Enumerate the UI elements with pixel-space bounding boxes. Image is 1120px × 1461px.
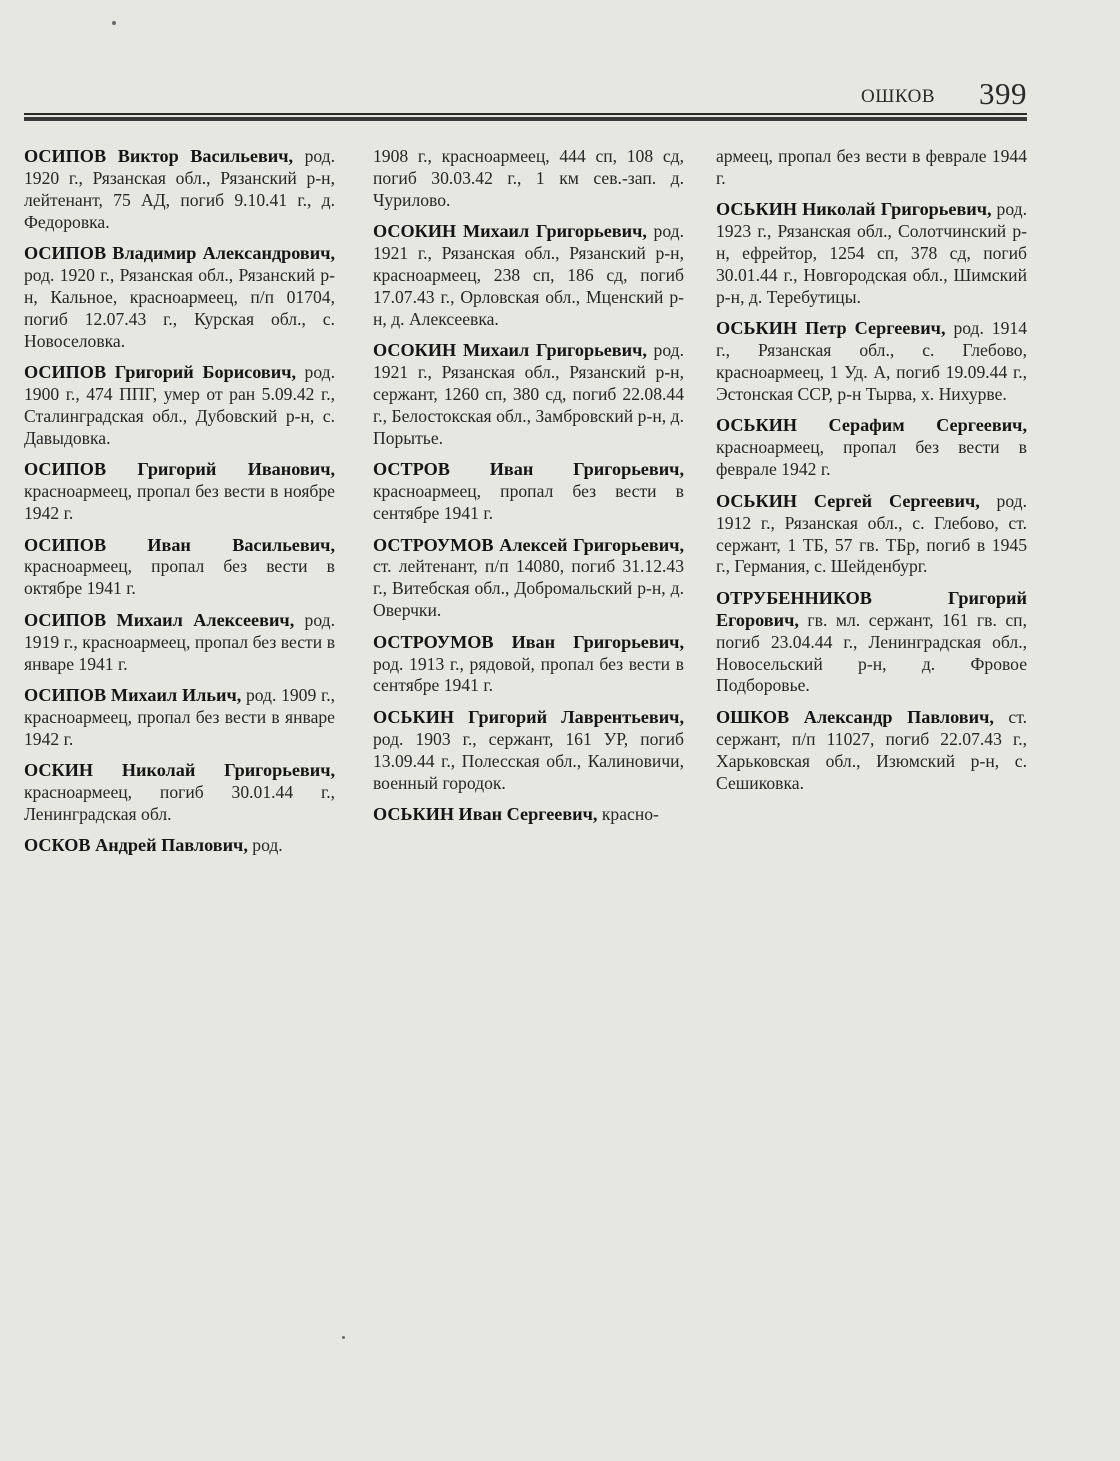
entry-name: ОСИПОВ Григорий Иванович, xyxy=(24,459,335,479)
running-head: ОШКОВ 399 xyxy=(24,78,1027,112)
column-2: 1908 г., красноармеец, 444 сп, 108 сд, п… xyxy=(373,146,684,835)
entry-continued: 1908 г., красноармеец, 444 сп, 108 сд, п… xyxy=(373,146,684,212)
column-1: ОСИПОВ Виктор Васильевич, род. 1920 г., … xyxy=(24,146,335,867)
entry-text: ст. лейтенант, п/п 14080, погиб 31.12.43… xyxy=(373,556,684,620)
entry-name: ОСИПОВ Григорий Борисович, xyxy=(24,362,296,382)
entry: ОСКОВ Андрей Павлович, род. xyxy=(24,835,335,857)
entry: ОСИПОВ Михаил Ильич, род. 1909 г., красн… xyxy=(24,685,335,751)
entry-name: ОСИПОВ Михаил Алексеевич, xyxy=(24,610,294,630)
entry: ОСЬКИН Иван Сергеевич, красно- xyxy=(373,804,684,826)
entry-name: ОСЬКИН Петр Сергеевич, xyxy=(716,318,946,338)
entry-text: красноармеец, пропал без вести в ноябре … xyxy=(24,481,335,523)
entry: ОСИПОВ Григорий Борисович, род. 1900 г.,… xyxy=(24,362,335,450)
entry-name: ОСЬКИН Николай Григорьевич, xyxy=(716,199,992,219)
running-head-word: ОШКОВ xyxy=(861,86,935,108)
entry: ОСИПОВ Виктор Васильевич, род. 1920 г., … xyxy=(24,146,335,234)
entry: ОСТРОУМОВ Иван Григорьевич, род. 1913 г.… xyxy=(373,632,684,698)
entry-name: ОСКИН Николай Григорьевич, xyxy=(24,760,335,780)
entry-name: ОСЬКИН Иван Сергеевич, xyxy=(373,804,597,824)
entry-text: красноармеец, пропал без вести в феврале… xyxy=(716,437,1027,479)
entry-continued: армеец, пропал без вести в феврале 1944 … xyxy=(716,146,1027,190)
entry: ОСЬКИН Сергей Сергеевич, род. 1912 г., Р… xyxy=(716,491,1027,579)
header-rule-thick xyxy=(24,117,1027,121)
entry-text: 1908 г., красноармеец, 444 сп, 108 сд, п… xyxy=(373,146,684,210)
entry-name: ОСТРОУМОВ Иван Григорьевич, xyxy=(373,632,684,652)
entry: ОСИПОВ Иван Васильевич, красноармеец, пр… xyxy=(24,535,335,601)
entry-text: род. 1903 г., сержант, 161 УР, погиб 13.… xyxy=(373,729,684,793)
entry: ОСЬКИН Николай Григорьевич, род. 1923 г.… xyxy=(716,199,1027,309)
entry: ОСЬКИН Серафим Сергеевич, красноармеец, … xyxy=(716,415,1027,481)
entry-text: красноармеец, пропал без вести в октябре… xyxy=(24,556,335,598)
entry: ОСКИН Николай Григорьевич, красноармеец,… xyxy=(24,760,335,826)
entry: ОСИПОВ Владимир Александрович, род. 1920… xyxy=(24,243,335,353)
entry-text: род. 1920 г., Рязанская обл., Рязанский … xyxy=(24,265,335,351)
entry: ОСЬКИН Петр Сергеевич, род. 1914 г., Ряз… xyxy=(716,318,1027,406)
paper-speck xyxy=(342,1336,345,1339)
entry: ОСИПОВ Григорий Иванович, красноармеец, … xyxy=(24,459,335,525)
entry: ОСИПОВ Михаил Алексеевич, род. 1919 г., … xyxy=(24,610,335,676)
header-rule-thin xyxy=(24,113,1027,115)
entry-name: ОСОКИН Михаил Григорьевич, xyxy=(373,340,647,360)
entry-name: ОСИПОВ Михаил Ильич, xyxy=(24,685,241,705)
entry-text: армеец, пропал без вести в феврале 1944 … xyxy=(716,146,1027,188)
entry: ОШКОВ Александр Павлович, ст. сержант, п… xyxy=(716,707,1027,795)
paper-speck xyxy=(112,21,116,25)
entry-name: ОСЬКИН Григорий Лаврентьевич, xyxy=(373,707,684,727)
entry-name: ОСИПОВ Иван Васильевич, xyxy=(24,535,335,555)
entry-name: ОСОКИН Михаил Григорьевич, xyxy=(373,221,647,241)
entry: ОТРУБЕННИКОВ Григорий Егорович, гв. мл. … xyxy=(716,588,1027,698)
entry: ОСЬКИН Григорий Лаврентьевич, род. 1903 … xyxy=(373,707,684,795)
entry-name: ОСТРОУМОВ Алексей Григорьевич, xyxy=(373,535,684,555)
entry-text: красноармеец, погиб 30.01.44 г., Ленингр… xyxy=(24,782,335,824)
page-number: 399 xyxy=(979,76,1027,112)
entry-name: ОСИПОВ Виктор Васильевич, xyxy=(24,146,293,166)
entry-name: ОСЬКИН Сергей Сергеевич, xyxy=(716,491,980,511)
entry-text: красноармеец, пропал без вести в сентябр… xyxy=(373,481,684,523)
entry-name: ОСКОВ Андрей Павлович, xyxy=(24,835,248,855)
entry: ОСОКИН Михаил Григорьевич, род. 1921 г.,… xyxy=(373,340,684,450)
entry-name: ОШКОВ Александр Павлович, xyxy=(716,707,994,727)
entry: ОСТРОУМОВ Алексей Григорьевич, ст. лейте… xyxy=(373,535,684,623)
entry-name: ОСИПОВ Владимир Александрович, xyxy=(24,243,335,263)
entry: ОСОКИН Михаил Григорьевич, род. 1921 г.,… xyxy=(373,221,684,331)
entry-name: ОСЬКИН Серафим Сергеевич, xyxy=(716,415,1027,435)
entry-text: род. 1913 г., рядовой, пропал без вести … xyxy=(373,654,684,696)
entry: ОСТРОВ Иван Григорьевич, красноармеец, п… xyxy=(373,459,684,525)
column-3: армеец, пропал без вести в феврале 1944 … xyxy=(716,146,1027,804)
entry-text: род. xyxy=(248,835,283,855)
entry-text: красно- xyxy=(597,804,658,824)
entry-name: ОСТРОВ Иван Григорьевич, xyxy=(373,459,684,479)
